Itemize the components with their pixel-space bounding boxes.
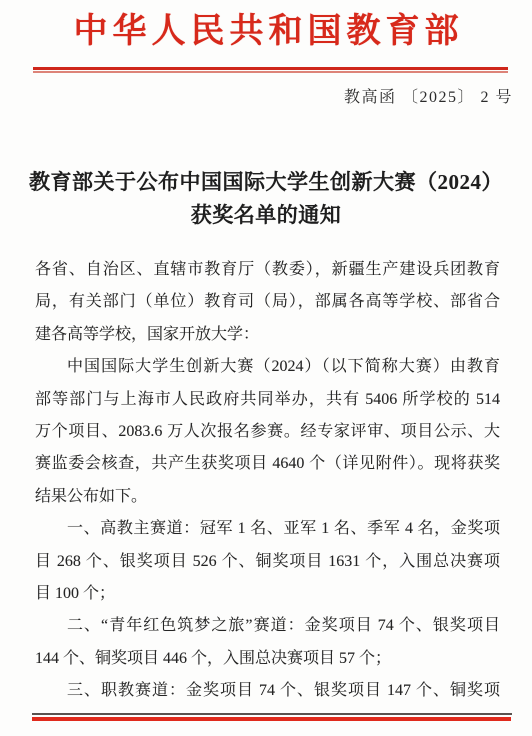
document-body: 各省、自治区、直辖市教育厅（教委），新疆生产建设兵团教育 局，有关部门（单位）教…: [35, 254, 500, 707]
body-line: 各省、自治区、直辖市教育厅（教委），新疆生产建设兵团教育: [35, 254, 500, 286]
document-title-line2: 获奖名单的通知: [18, 199, 514, 232]
body-line: 三、职教赛道：金奖项目 74 个、银奖项目 147 个、铜奖项: [35, 675, 500, 707]
body-line: 部等部门与上海市人民政府共同举办，共有 5406 所学校的 514: [35, 384, 500, 416]
red-separator-rule: [33, 67, 508, 73]
red-separator-thin-line: [33, 71, 508, 73]
body-line: 建各高等学校，国家开放大学：: [35, 319, 500, 351]
body-line: 结果公布如下。: [35, 481, 500, 513]
document-title: 教育部关于公布中国国际大学生创新大赛（2024） 获奖名单的通知: [18, 166, 514, 232]
body-line: 目 100 个；: [35, 578, 500, 610]
document-title-line1: 教育部关于公布中国国际大学生创新大赛（2024）: [18, 166, 514, 199]
body-line: 局，有关部门（单位）教育司（局），部属各高等学校、部省合: [35, 286, 500, 318]
bottom-separator-dark-line: [32, 713, 512, 715]
body-line: 二、“青年红色筑梦之旅”赛道：金奖项目 74 个、银奖项目: [35, 610, 500, 642]
ministry-header-title: 中华人民共和国教育部: [0, 8, 532, 56]
body-line: 目 268 个、银奖项目 526 个、铜奖项目 1631 个，入围总决赛项: [35, 546, 500, 578]
body-line: 赛监委会核查，共产生获奖项目 4640 个（详见附件）。现将获奖: [35, 448, 500, 480]
bottom-separator-red-line: [32, 717, 511, 721]
body-line: 中国国际大学生创新大赛（2024）（以下简称大赛）由教育: [35, 351, 500, 383]
body-line: 一、高教主赛道：冠军 1 名、亚军 1 名、季军 4 名，金奖项: [35, 513, 500, 545]
body-line: 144 个、铜奖项目 446 个，入围总决赛项目 57 个；: [35, 643, 500, 675]
official-document-page: 中华人民共和国教育部 教高函 〔2025〕 2 号 教育部关于公布中国国际大学生…: [0, 0, 532, 736]
body-line: 万个项目、2083.6 万人次报名参赛。经专家评审、项目公示、大: [35, 416, 500, 448]
document-number: 教高函 〔2025〕 2 号: [344, 84, 513, 107]
